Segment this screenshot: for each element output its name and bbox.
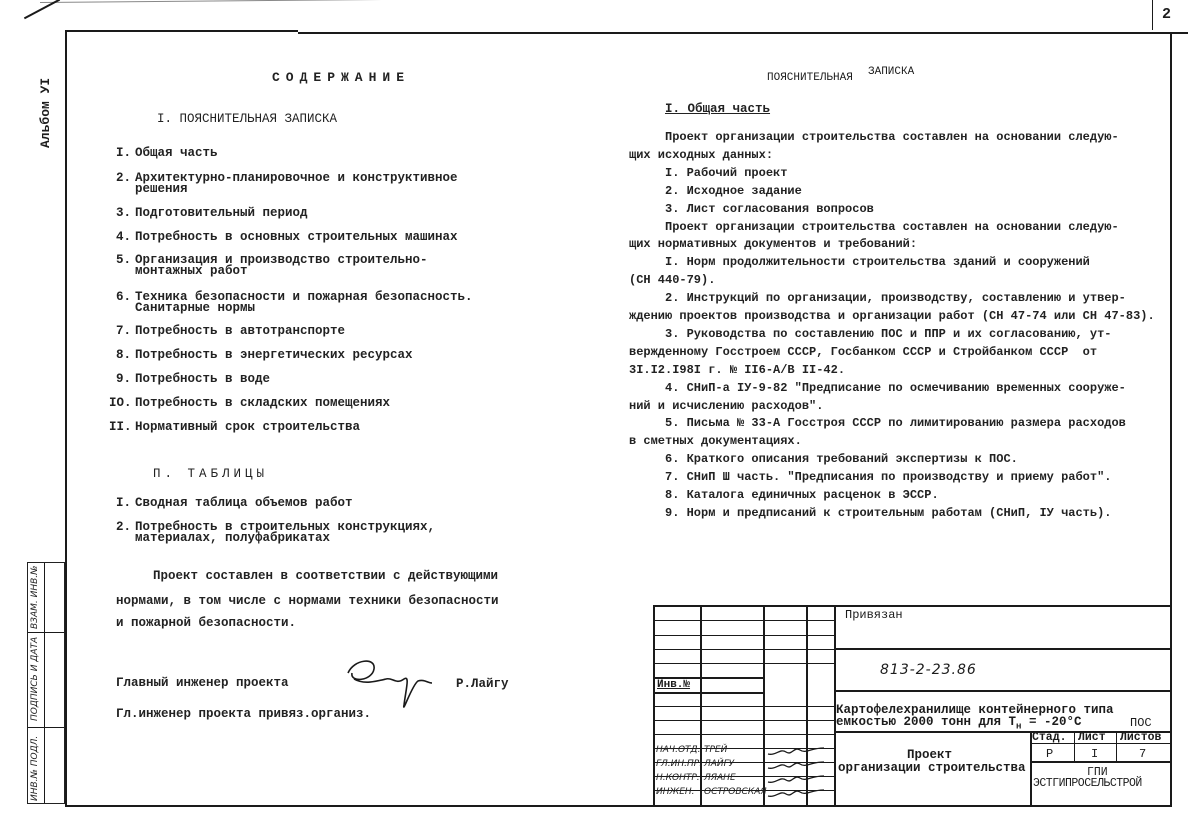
note-line: ждению проектов производства и организац… [629,309,1155,324]
toc-item-text: Потребность в автотранспорте [135,324,345,338]
note-line: ний и исчислению расходов". [629,399,823,414]
frame-top-left [66,30,298,32]
toc-item-number: 8. [109,350,131,361]
toc-item-number: II. [109,422,131,433]
note-line: 2. Исходное задание [629,184,802,199]
toc-item-text: Потребность в складских помещениях [135,396,390,410]
staff-name: ОСТРОВСКАЯ [704,787,767,797]
compliance-note-line2: нормами, в том числе с нормами техники б… [116,594,499,609]
frame-bottom [65,805,1172,807]
doc-title-line1: Проект [907,748,952,762]
org-line2: ЭСТГИПРОСЕЛЬСТРОЙ [1033,777,1142,790]
note-line: 6. Краткого описания требований эксперти… [629,452,1018,467]
note-line: 3. Лист согласования вопросов [629,202,874,217]
stamp-field-signature-date: ПОДПИСЬ И ДАТА [30,637,40,721]
toc-item: IO.Потребность в складских помещениях [109,398,390,409]
toc-item-number: 3. [109,208,131,219]
sheet-header: Лист [1078,731,1106,744]
note-line: I. Норм продолжительности строительства … [629,255,1090,270]
tb-top [653,605,1172,607]
grid-row-line [653,663,835,664]
note-line: 5. Письма № 33-А Госстроя СССР по лимити… [629,416,1126,431]
grid-row-line [653,706,835,707]
toc-item-continuation: решения [109,184,458,195]
chief-engineer-name: Р.Лайгу [456,677,509,692]
stamp-row2 [28,727,64,728]
staff-role: Н.КОНТР. [656,773,700,783]
album-label: Альбом УI [38,78,53,148]
toc-item-number: 7. [109,326,131,337]
stage-value: Р [1046,747,1053,761]
toc-item: 2.Архитектурно-планировочное и конструкт… [109,173,458,195]
staff-name: ЛЯАНЕ [704,773,736,783]
staff-name: ТРЕЙ [704,745,727,755]
toc-item-number: 4. [109,232,131,243]
note-line: (СН 440-79). [629,273,715,288]
toc-item-number: 5. [109,255,131,266]
note-line: 9. Норм и предписаний к строительным раб… [629,506,1111,521]
toc-item-continuation: Санитарные нормы [109,303,473,314]
toc-item: 9.Потребность в воде [109,374,270,385]
staff-signature-icon [766,758,826,772]
sheets-value: 7 [1139,747,1146,761]
note-title-part2: ЗАПИСКА [868,66,914,78]
toc-item: 3.Подготовительный период [109,208,308,219]
staff-signature-icon [766,744,826,758]
toc-item: 5.Организация и производство строительно… [109,255,428,277]
note-line: 2. Инструкций по организации, производст… [629,291,1126,306]
side-stamp: ИНВ.№ ПОДЛ. ПОДПИСЬ И ДАТА ВЗАМ. ИНВ.№ [27,562,65,804]
object-mark: ПОС [1130,716,1152,730]
stamp-row1 [28,632,64,633]
note-line: Проект организации строительства составл… [629,220,1119,235]
frame-top-right [298,32,1188,34]
grid-row-line [653,720,835,721]
toc-item-number: 9. [109,374,131,385]
sheets-header: Листов [1120,731,1161,744]
staff-role: НАЧ.ОТД. [656,745,700,755]
chief-engineer-label: Главный инженер проекта [116,676,289,691]
grid-row-line [653,620,835,621]
note-section-heading: I. Общая часть [665,102,770,117]
toc-item: 7.Потребность в автотранспорте [109,326,345,337]
contents-section1-title: I. ПОЯСНИТЕЛЬНАЯ ЗАПИСКА [157,112,337,127]
toc-item-number: IO. [109,398,131,409]
object-line2: емкостью 2000 тонн для Тн = -20°С [836,715,1081,732]
toc-item-text: Потребность в энергетических ресурсах [135,348,413,362]
toc-item-number: 6. [109,292,131,303]
document-code: 813-2-23.86 [880,662,977,678]
note-line: вержденному Госстроем СССР, Госбанком СС… [629,345,1097,360]
toc-item-number: 2. [109,173,131,184]
staff-name: ЛАЙГУ [704,759,734,769]
toc-item-text: Сводная таблица объемов работ [135,496,353,510]
note-title-part1: ПОЯСНИТЕЛЬНАЯ [767,72,853,84]
doc-title-line2: организации строительства [838,761,1026,775]
staff-role: ГЛ.ИН.ПР. [656,759,702,769]
toc-item-continuation: материалах, полуфабрикатах [109,533,435,544]
staff-signature-icon [766,786,826,800]
toc-item-text: Потребность в основных строительных маши… [135,230,458,244]
toc-item-text: Потребность в воде [135,372,270,386]
toc-item-number: I. [109,148,131,159]
grid-row-line [653,734,835,735]
note-line: в сметных документациях. [629,434,802,449]
attached-label: Привязан [845,608,903,622]
stamp-field-inv-original: ИНВ.№ ПОДЛ. [30,736,40,801]
stage-header: Стад. [1032,731,1067,744]
note-line: 8. Каталога единичных расценок в ЭССР. [629,488,939,503]
toc-item-number: I. [109,498,131,509]
note-line: 3. Руководства по составлению ПОС и ППР … [629,327,1111,342]
note-line: 3I.I2.I98I г. № II6-А/В II-42. [629,363,845,378]
stamp-field-replacement-inv: ВЗАМ. ИНВ.№ [30,566,40,629]
stamp-col-divider [44,563,45,803]
toc-item-number: 2. [109,522,131,533]
frame-left [65,30,67,806]
grid-row-line [653,649,835,650]
contents-title: СОДЕРЖАНИЕ [272,70,410,85]
note-line: I. Рабочий проект [629,166,787,181]
sheet-value: I [1091,747,1098,761]
note-line: Проект организации строительства составл… [629,130,1119,145]
toc-item: 6.Техника безопасности и пожарная безопа… [109,292,473,314]
page-number-divider [1152,0,1153,30]
toc-item: I.Сводная таблица объемов работ [109,498,353,509]
contents-section2-title: П. ТАБЛИЦЫ [153,467,268,482]
toc-item: II.Нормативный срок строительства [109,422,360,433]
toc-item: I.Общая часть [109,148,218,159]
inv-label: Инв.№ [657,679,690,691]
compliance-note-line1: Проект составлен в соответствии с действ… [153,569,498,584]
page-curl-edge [40,0,860,3]
page-number: 2 [1162,6,1171,23]
toc-item-text: Общая часть [135,146,218,160]
compliance-note-line3: и пожарной безопасности. [116,616,296,631]
grid-row-line [653,635,835,636]
toc-item: 4.Потребность в основных строительных ма… [109,232,458,243]
note-line: щих нормативных документов и требований: [629,237,917,252]
staff-signature-icon [766,772,826,786]
toc-item: 8.Потребность в энергетических ресурсах [109,350,413,361]
toc-item-text: Подготовительный период [135,206,308,220]
note-line: 4. СНиП-а IУ-9-82 "Предписание по осмечи… [629,381,1126,396]
toc-item-text: Нормативный срок строительства [135,420,360,434]
toc-item: 2.Потребность в строительных конструкция… [109,522,435,544]
toc-item-continuation: монтажных работ [109,266,428,277]
signature-scribble-icon [344,655,434,715]
binding-engineer-label: Гл.инженер проекта привяз.организ. [116,707,371,722]
note-line: щих исходных данных: [629,148,773,163]
note-line: 7. СНиП Ш часть. "Предписания по произво… [629,470,1111,485]
staff-role: ИНЖЕН. [656,787,695,797]
